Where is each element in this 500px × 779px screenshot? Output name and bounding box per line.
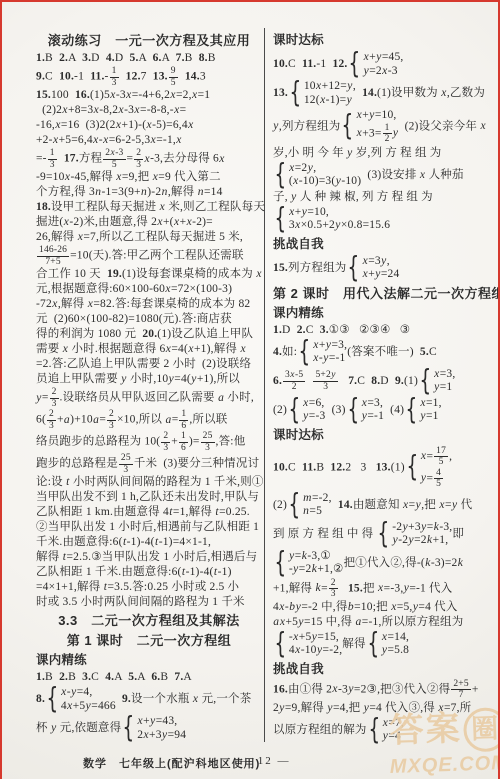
text-run: A [68, 52, 82, 64]
math-run: 6x=4(x+1) [160, 343, 211, 355]
math-run: x+y=43, [137, 715, 177, 727]
text-run: A [162, 52, 176, 64]
math-run: y=4 [327, 702, 346, 714]
math-run: y=1 [420, 410, 439, 422]
column-divider [264, 28, 265, 742]
bold-text: 4. [106, 52, 115, 64]
equation-rows: x+y=3,x-y=-1 [313, 339, 347, 366]
equation-row: y=-3 [303, 410, 326, 424]
bold-text: 2. [297, 324, 306, 336]
text-run: 天).答:甲乙两个工程队还需联 [93, 250, 244, 262]
text-run: 子, [273, 191, 291, 203]
text-run: ,乙数为 [447, 87, 485, 99]
text-run: B [45, 671, 59, 683]
math-run: y=1 [434, 381, 453, 393]
bold-text: 6. [153, 52, 162, 64]
math-run: x=2y, [289, 162, 317, 174]
fraction-denominator: 2 [283, 381, 305, 393]
fraction-numerator: 146-26 [37, 245, 69, 256]
math-run: -y=2k+1,② [289, 563, 344, 575]
fraction: 12 [383, 123, 392, 145]
text-run: 岁,列 方 程 组 为 [353, 147, 442, 159]
text-run: ②当甲队出发 1 小时后,相遇前与乙队相距 1 [36, 521, 259, 533]
math-run: -2y+3y=k-3, [392, 521, 452, 533]
text-line: 18.设甲工程队每天掘进 x 米,则乙工程队每天 [36, 200, 262, 215]
math-run: x-y=-1 [313, 352, 346, 364]
brace-glyph: { [289, 491, 301, 520]
text-line: {-x+5y=15,4x-10y=-2,解得{x=14,y=5.8 [273, 630, 495, 659]
text-run: ,列方程组为 [279, 120, 341, 132]
text-line: 当甲队出发不到 1 h,乙队还未出发时,甲队与 [36, 490, 262, 505]
text-run: 小时.根据题意得 [68, 343, 159, 355]
text-line: 元,根据题意得:60×100-60x=72×(100-3) [36, 282, 262, 297]
fraction: 5+2y3 [313, 370, 337, 392]
title-line: 3.3 二元一次方程组及其解法 [36, 611, 262, 630]
brace-glyph: { [47, 685, 59, 714]
fraction-numerator: 1 [110, 66, 119, 77]
brace-glyph: { [274, 549, 286, 578]
text-run: 人种茄 [426, 169, 464, 181]
text-run: 杯 [36, 722, 51, 734]
math-run: x=1, [420, 397, 442, 409]
text-run: C [288, 58, 302, 70]
math-run: -1 [316, 58, 332, 70]
fraction-numerator: 17 [434, 446, 448, 457]
brace-glyph: { [274, 161, 286, 190]
equation-row: 4x-10y=-2, [289, 644, 342, 658]
text-line: 得的利润为 1080 元 20.(1)设乙队追上甲队 [36, 327, 262, 342]
bold-text: 2. [59, 52, 68, 64]
text-line: 子, y 人 种 辣 椒, 列 方 程 组 为 [273, 190, 495, 205]
equation-row: y=-1 [361, 410, 384, 424]
math-run: =- [36, 153, 47, 165]
equation-row: y=k-3,① [289, 550, 344, 564]
text-run: ;把 [373, 601, 391, 613]
watermark-circle-glyph: 圈 [463, 707, 500, 753]
brace-glyph: { [289, 79, 301, 108]
text-line: 员追上甲队需要 y 小时,10y=4(y+1),所以 [36, 372, 262, 387]
fraction: 146-267+5 [37, 245, 69, 267]
equation-row: 4x+5y=466 [61, 700, 116, 714]
text-run: .答:每套课桌椅的成本为 82 [112, 298, 250, 310]
text-line: (2){x=6,y=-3 (3){x=3,y=-1 (4){x=1,y=1 [273, 396, 495, 425]
text-run: ,所以乙工程队每天掘进 5 米, [96, 231, 243, 243]
math-run: +2-x+5=6,4x-x=6-2-5,3x=-1,x [36, 134, 182, 146]
answer-key-page: 滚动练习 一元一次方程及其应用1.B 2.A 3.D 4.D 5.A 6.A 7… [0, 0, 500, 779]
bold-text: 1. [36, 52, 45, 64]
bold-text: 6. [151, 671, 160, 683]
section-header: 课内精练 [36, 652, 262, 669]
fraction-numerator: 3x-5 [283, 370, 305, 381]
equation-row: (x-10)=3(y-10) [289, 175, 361, 189]
text-run [339, 582, 348, 594]
text-run: 列方程组为 [288, 262, 347, 274]
math-run: t=0.25. [215, 506, 250, 518]
math-run: -9=10x-45 [36, 171, 86, 183]
fraction: 23 [50, 387, 59, 409]
text-line: 4x-by=-2 中,得b=10;把 x=5,y=4 代入 [273, 600, 495, 615]
bold-text: 4. [273, 346, 282, 358]
text-run: 米,则乙工程队每天 [165, 201, 265, 213]
bold-text: 9. [122, 693, 131, 705]
brace-glyph: { [123, 714, 135, 743]
text-run: (1)设每套课桌椅的成本为 [122, 268, 256, 280]
text-run: ,把 [346, 702, 364, 714]
math-run: (1)5x-3x=-4+6,2x=2,x=1 [90, 89, 210, 101]
math-run: 12(x-1)=y [304, 94, 352, 106]
math-run: ×10 [117, 414, 136, 426]
fraction: 23 [161, 431, 170, 453]
fraction-numerator: 1 [179, 431, 188, 442]
text-run: 代入第二 [171, 171, 221, 183]
section-header: 课时达标 [273, 427, 495, 444]
text-run: 小时, [224, 392, 254, 404]
bold-text: 5. [420, 346, 429, 358]
bold-text: 13. [273, 87, 288, 99]
equation-system: {x=3,y=-1 [346, 397, 384, 424]
math-run: x=y [403, 499, 422, 511]
equation-rows: x=3,y=-1 [361, 397, 384, 424]
section-header: 课内精练 [273, 305, 495, 322]
bold-text: 14. [362, 87, 377, 99]
math-run: a=-1 [355, 616, 378, 628]
math-run: x-3 [144, 153, 160, 165]
math-run: 4x+5y=466 [61, 700, 116, 712]
text-run: 2 3 [345, 461, 375, 473]
equation-row: x-y=-1 [313, 352, 347, 366]
equation-row: y=2x-3 [363, 65, 403, 79]
text-line: -16,x=16 (3)2(2x+1)-(x-5)=6,4x [36, 118, 262, 133]
text-line: =2.答:乙队追上甲队需要 2 小时 (2)设联络 [36, 357, 262, 372]
equation-row: 12(x-1)=y [304, 94, 356, 108]
text-run: ,解得 [286, 582, 316, 594]
equation-row: m=-2, [303, 492, 332, 506]
equation-row: -y=2k+1,② [289, 563, 344, 577]
equation-rows: x=6,y=-3 [303, 397, 326, 424]
equation-system: {x=3,y=1 [418, 368, 455, 395]
scan-edge-line-top [0, 0, 500, 2]
equation-rows: x=14,y=5.8 [382, 631, 410, 658]
equation-row: n=5 [303, 505, 332, 519]
section-header: 挑战自我 [273, 661, 495, 678]
math-run: x+y=45, [363, 51, 403, 63]
equation-system: {x=3y,x+y=24 [346, 255, 399, 282]
fraction-numerator: 25 [201, 431, 215, 442]
brace-glyph: { [347, 396, 359, 425]
text-run: A [183, 671, 192, 683]
math-run: x=9 [116, 171, 135, 183]
equation-system: {x=14,y=5.8 [366, 631, 409, 658]
equation-row: x=3, [361, 397, 384, 411]
bold-text: 11. [302, 461, 316, 473]
text-run: 解得 [36, 551, 62, 563]
math-run: =10( [70, 250, 93, 262]
bold-text: 7. [348, 375, 357, 387]
fraction-numerator: 1 [48, 148, 57, 159]
text-run: 岁,小 明 今 年 [273, 147, 347, 159]
text-run: 乙队相距 1 千米.由题意得: [36, 566, 172, 578]
section-header: 挑战自我 [273, 236, 495, 253]
text-line: 9.C 10.-1 11.-13 12.7 13.95 14.3 [36, 66, 262, 88]
math-run: b=10 [348, 601, 373, 613]
bold-text: 17. [64, 153, 79, 165]
equation-system: {x=1,y=1 [404, 397, 441, 424]
text-run: ,解得 [298, 702, 328, 714]
text-run: ,解得 [86, 171, 116, 183]
text-run: 人 种 辣 椒, 列 方 程 组 为 [297, 191, 433, 203]
text-run: 千米.由题意得: [36, 536, 113, 548]
text-run: D [115, 52, 130, 64]
text-line: 岁,小 明 今 年 y 岁,列 方 程 组 为 [273, 146, 495, 161]
fraction-numerator: 1 [383, 123, 392, 134]
brace-glyph: { [367, 630, 379, 659]
bold-text: 课内精练 [36, 653, 87, 667]
bold-text: 挑战自我 [273, 662, 324, 676]
math-run: x-2 [63, 216, 79, 228]
text-line: (2){m=-2,n=5 14.由题意知 x=y,把 x=y 代 [273, 491, 495, 520]
brace-glyph: { [349, 50, 361, 79]
math-run: x [256, 268, 262, 280]
title-line: 滚动练习 一元一次方程及其应用 [36, 31, 262, 50]
text-line: {y=k-3,①-y=2k+1,②把①代入②,得-(k-3)=2k [273, 549, 495, 578]
math-run: x=5,y=4 [391, 601, 431, 613]
equation-row: x=3, [434, 368, 456, 382]
math-run: 60×100-60x=72×(100-3) [113, 283, 232, 295]
equation-row: x=6, [303, 397, 326, 411]
text-line: {x=2y,(x-10)=3(y-10) (3)设安排 x 人种茄 [273, 161, 495, 190]
text-run: C [306, 324, 320, 336]
bold-text: 13. [153, 71, 168, 83]
equation-rows: x=2y,(x-10)=3(y-10) [289, 162, 361, 189]
text-run: A [139, 52, 153, 64]
math-run: 4t=1 [163, 506, 186, 518]
text-run: ,把 [135, 171, 153, 183]
math-run: ax+5y=15 [273, 616, 323, 628]
fraction: 175 [434, 446, 448, 468]
text-run: 个方程,得 [36, 186, 89, 198]
equation-row: x+y=43, [137, 715, 186, 729]
text-run: B [45, 52, 59, 64]
text-run: ,解得 [186, 506, 216, 518]
text-run: 论:设 [36, 476, 66, 488]
math-run: x-y=4, [61, 686, 93, 698]
math-run: x= [421, 450, 434, 462]
brace-glyph: { [348, 254, 360, 283]
bold-text: 课时达标 [273, 33, 324, 47]
math-run: y=-3 [303, 410, 326, 422]
bold-text: 12. [126, 71, 141, 83]
equation-system: {m=-2,n=5 [287, 492, 332, 519]
text-line: y,列方程组为{x+y=10,x+3=12y (2)设父亲今年 x [273, 108, 495, 146]
math-run: 6(t-1)-4(t-1) [172, 566, 232, 578]
equation-system: {x+y=10,3x×0.5+2y×0.8=15.6 [273, 206, 390, 233]
text-run: (3) [325, 404, 345, 416]
bold-text: 12. [333, 58, 348, 70]
fraction-numerator: 25 [119, 453, 133, 464]
text-run: 乙队相距 1 km.由题意得 [36, 506, 163, 518]
fraction-numerator: 2 [50, 387, 59, 398]
text-line: 需要 x 小时.根据题意得 6x=4(x+1),解得 x [36, 342, 262, 357]
fraction-denominator: 3 [50, 398, 59, 410]
text-run: ,解得 [58, 298, 88, 310]
text-line: 13.{10x+12=y,12(x-1)=y 14.(1)设甲数为 x,乙数为 [273, 79, 495, 108]
equation-rows: x=3,y=1 [434, 368, 456, 395]
fraction-denominator: 3 [119, 464, 133, 476]
equation-row: x+y=10, [356, 109, 398, 123]
fraction: 16 [179, 409, 188, 431]
equation-row: x+y=24 [362, 268, 399, 282]
text-line: 解得 t=2.5.③当甲队出发 1 小时后,相遇后与 [36, 550, 262, 565]
fraction: 23 [107, 409, 116, 431]
bold-text: 滚动练习 一元一次方程及其应用 [48, 33, 251, 48]
math-run: 3n-1=3(9+n)-2n [89, 186, 168, 198]
fraction: 253 [119, 453, 133, 475]
fraction-denominator: 6 [179, 420, 188, 432]
text-line: 元 (2)60×(100-82)=1080(元).答:商店获 [36, 312, 262, 327]
bold-text: 16. [273, 683, 288, 695]
equation-system: {x+y=43,2x+3y=94 [121, 715, 186, 742]
text-run: (答案不唯一) [347, 346, 420, 358]
text-line: 千米.由题意得:6(t-1)-4(t-1)=4×1-1, [36, 535, 262, 550]
math-run: y=5.8 [382, 644, 410, 656]
math-run: + [472, 683, 479, 695]
equation-row: 2x+3y=94 [137, 729, 186, 743]
bold-text: 12. [330, 461, 345, 473]
fraction-denominator: 5 [103, 159, 125, 171]
watermark-brand: 答案圈 [388, 707, 500, 755]
bold-text: 5. [130, 52, 139, 64]
text-run: (1) [404, 375, 418, 387]
text-run: C [429, 346, 437, 358]
bold-text: 8. [371, 375, 380, 387]
text-run: ,把 [421, 499, 439, 511]
bold-text: 10. [273, 461, 288, 473]
brace-glyph: { [368, 716, 380, 745]
math-run: -16,x=16 (3)2(2x+1)-(x-5)=6,4x [36, 119, 194, 131]
bold-text: 9. [36, 71, 45, 83]
math-run: -72x [36, 298, 58, 310]
equation-system: {y=k-3,①-y=2k+1,② [273, 550, 344, 577]
math-run: x+y=3, [313, 339, 347, 351]
text-run: ,解得 [168, 186, 198, 198]
text-run: ③当甲队出发 1 小时后,相遇后与 [91, 551, 257, 563]
text-run: A [114, 671, 128, 683]
bold-text: 7. [176, 52, 185, 64]
text-run: A [137, 671, 151, 683]
brace-glyph: { [406, 396, 418, 425]
text-run: 设甲工程队每天掘进 [51, 201, 159, 213]
equation-row: x=1, [420, 397, 442, 411]
text-line: 1.B 2.B 3.C 4.A 5.A 6.B 7.A [36, 670, 262, 685]
math-run: -x+5y=15, [289, 631, 339, 643]
text-run: 方程 [79, 153, 102, 165]
equation-system: {x=2y,(x-10)=3(y-10) [273, 162, 361, 189]
text-line: 时或 3.5 小时两队间间隔的路程为 1 千米 [36, 595, 262, 610]
text-run [306, 375, 312, 387]
text-line: 10.C 11.-1 12.{x+y=45,y=2x-3 [273, 50, 495, 79]
bold-text: 8. [36, 693, 45, 705]
text-run: ,解得 [48, 231, 78, 243]
text-run: 员追上甲队需要 [36, 373, 121, 385]
math-run: 4x-10y=-2, [289, 644, 342, 656]
text-run: 由①得 [288, 683, 326, 695]
brace-glyph: { [419, 367, 431, 396]
equation-system: {x-y=4,4x+5y=466 [45, 686, 116, 713]
bold-text: 3.3 二元一次方程组及其解法 [58, 613, 240, 628]
math-run: y= [36, 392, 49, 404]
math-run: =4×1+1 [36, 581, 74, 593]
text-line: 10.C 11.B 12.2 3 13.(1){x=175,y=45 [273, 445, 495, 491]
fraction-denominator: 5 [434, 456, 448, 468]
equation-row: 3x×0.5+2y×0.8=15.6 [289, 219, 390, 233]
fraction-denominator: 3 [47, 420, 56, 432]
text-run: C [45, 71, 59, 83]
equation-rows: x+y=10,x+3=12y [356, 109, 398, 145]
page-number: — 12 — [240, 755, 291, 767]
text-line: =4×1+1,解得 t=3.5.答:0.25 小时或 2.5 小 [36, 580, 262, 595]
bold-text: 19. [107, 268, 122, 280]
math-run: x=7 [77, 231, 96, 243]
brace-glyph: { [406, 453, 418, 482]
text-line: 16.由①得 2x-3y=2③,把③代入②得2+57+ [273, 679, 495, 701]
math-run: 2y=9 [273, 702, 298, 714]
text-line: +2-x+5=6,4x-x=6-2-5,3x=-1,x [36, 133, 262, 148]
text-line: y=23.设联络员从甲队返回乙队需要 a 小时, [36, 387, 262, 409]
math-run: x+y=10, [289, 206, 329, 218]
title-line: 第 1 课时 二元一次方程组 [36, 631, 262, 650]
text-run: ,去分母得 [160, 153, 213, 165]
text-run: 以原方程组的解为 [273, 724, 367, 736]
text-run: (1)设乙队追上甲队 [157, 328, 253, 340]
fraction-numerator: 2 [107, 409, 116, 420]
equation-system: {-2y+3y=k-3,y-2y=2k+1, [376, 521, 452, 548]
equation-rows: x=1,y=1 [420, 397, 442, 424]
math-run: n=14 [197, 186, 222, 198]
equation-row: -2y+3y=k-3, [392, 521, 452, 535]
text-line: 络员跑步的总路程为 10(23+16)=253,答:他 [36, 431, 262, 453]
equation-rows: m=-2,n=5 [303, 492, 332, 519]
math-run: 2x+3y=94 [137, 729, 186, 741]
text-run: 如: [282, 346, 297, 358]
text-run: 解得 [342, 638, 365, 650]
bold-text: 课内精练 [273, 306, 324, 320]
fraction-denominator: 7+5 [37, 256, 69, 268]
text-line: 4.如:{x+y=3,x-y=-1(答案不唯一) 5.C [273, 338, 495, 367]
equation-system: {-x+5y=15,4x-10y=-2, [273, 631, 342, 658]
text-run: 合工作 10 天 [36, 268, 107, 280]
equation-row: y=5.8 [382, 644, 410, 658]
text-run: (2) [273, 499, 287, 511]
bold-text: 5. [128, 671, 137, 683]
fraction-numerator: 4 [434, 468, 443, 479]
bold-text: 4. [105, 671, 114, 683]
math-run: 10x+12=y, [304, 80, 356, 92]
text-run: .答:0.25 小时或 2.5 小 [129, 581, 239, 593]
math-run: , [449, 450, 452, 462]
text-run: ,解得 [211, 343, 241, 355]
bold-text: 13. [376, 461, 391, 473]
math-run: x+y=24 [362, 268, 399, 280]
math-run: y=k-3,① [289, 550, 331, 562]
fraction-denominator: 5 [169, 77, 178, 89]
math-run: x=6, [303, 397, 325, 409]
text-run: 代入 [426, 582, 452, 594]
math-run: 10y=4(y+1) [156, 373, 213, 385]
equation-row: x+y=45, [363, 51, 403, 65]
fraction: 95 [169, 66, 178, 88]
bold-text: 3. [320, 324, 329, 336]
equation-rows: -x+5y=15,4x-10y=-2, [289, 631, 342, 658]
